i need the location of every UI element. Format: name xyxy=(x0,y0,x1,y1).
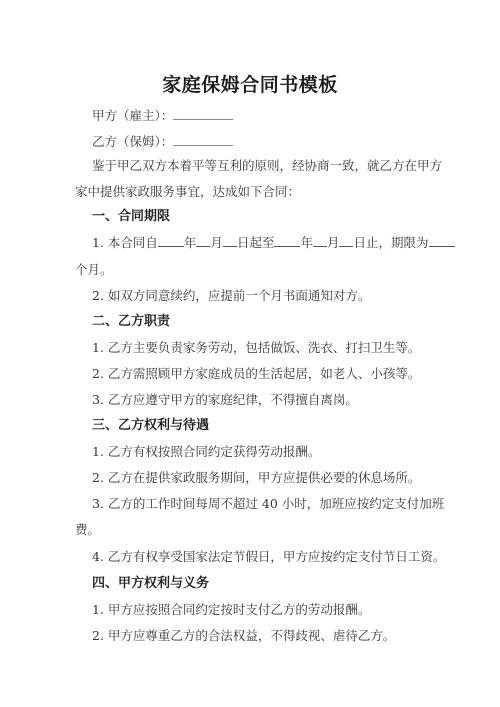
clause-text: 月 xyxy=(327,235,340,250)
party-a-blank[interactable] xyxy=(173,108,233,120)
clause-rights-1: 1. 乙方有权按照合同约定获得劳动报酬。 xyxy=(92,444,320,460)
end-day-blank[interactable] xyxy=(339,235,353,247)
clause-rights-3-continuation: 费。 xyxy=(75,522,100,538)
clause-text: 年 xyxy=(300,235,313,250)
clause-duties-1: 1. 乙方主要负责家务劳动，包括做饭、洗衣、打扫卫生等。 xyxy=(92,340,420,356)
party-b-blank[interactable] xyxy=(173,134,233,146)
start-year-blank[interactable] xyxy=(158,235,184,247)
preamble-line-1: 鉴于甲乙双方本着平等互利的原则，经协商一致，就乙方在甲方 xyxy=(92,158,442,174)
section-heading-term: 一、合同期限 xyxy=(92,209,170,225)
clause-duties-2: 2. 乙方需照顾甲方家庭成员的生活起居，如老人、小孩等。 xyxy=(92,366,420,382)
start-month-blank[interactable] xyxy=(196,235,210,247)
clause-employer-1: 1. 甲方应按照合同约定按时支付乙方的劳动报酬。 xyxy=(92,602,370,618)
clause-duties-3: 3. 乙方应遵守甲方的家庭纪律，不得擅自离岗。 xyxy=(92,392,358,408)
duration-months-blank[interactable] xyxy=(429,235,455,247)
clause-text: 日止，期限为 xyxy=(353,235,428,250)
clause-text: 年 xyxy=(184,235,197,250)
party-b-line: 乙方（保姆）： xyxy=(92,134,233,150)
clause-text: 日起至 xyxy=(237,235,275,250)
clause-employer-2: 2. 甲方应尊重乙方的合法权益，不得歧视、虐待乙方。 xyxy=(92,628,395,644)
clause-text: 月 xyxy=(210,235,223,250)
clause-term-1: 1. 本合同自年月日起至年月日止，期限为 xyxy=(92,235,455,251)
clause-rights-4: 4. 乙方有权享受国家法定节假日，甲方应按约定支付节日工资。 xyxy=(92,549,445,565)
document-title: 家庭保姆合同书模板 xyxy=(0,70,500,97)
section-heading-rights: 三、乙方权利与待遇 xyxy=(92,418,209,434)
clause-term-2: 2. 如双方同意续约，应提前一个月书面通知对方。 xyxy=(92,288,370,304)
clause-rights-3: 3. 乙方的工作时间每周不超过 40 小时，加班应按约定支付加班 xyxy=(92,496,444,512)
document-page: 家庭保姆合同书模板 甲方（雇主）： 乙方（保姆）： 鉴于甲乙双方本着平等互利的原… xyxy=(0,0,500,707)
clause-term-1-continuation: 个月。 xyxy=(75,262,113,278)
section-heading-duties: 二、乙方职责 xyxy=(92,314,170,330)
party-a-label: 甲方（雇主）： xyxy=(92,108,173,123)
start-day-blank[interactable] xyxy=(223,235,237,247)
party-b-label: 乙方（保姆）： xyxy=(92,134,173,149)
section-heading-employer: 四、甲方权利与义务 xyxy=(92,576,209,592)
end-year-blank[interactable] xyxy=(274,235,300,247)
clause-rights-2: 2. 乙方在提供家政服务期间，甲方应提供必要的休息场所。 xyxy=(92,470,420,486)
preamble-line-2: 家中提供家政服务事宜，达成如下合同： xyxy=(75,184,300,200)
clause-text: 1. 本合同自 xyxy=(92,235,158,250)
end-month-blank[interactable] xyxy=(313,235,327,247)
party-a-line: 甲方（雇主）： xyxy=(92,108,233,124)
